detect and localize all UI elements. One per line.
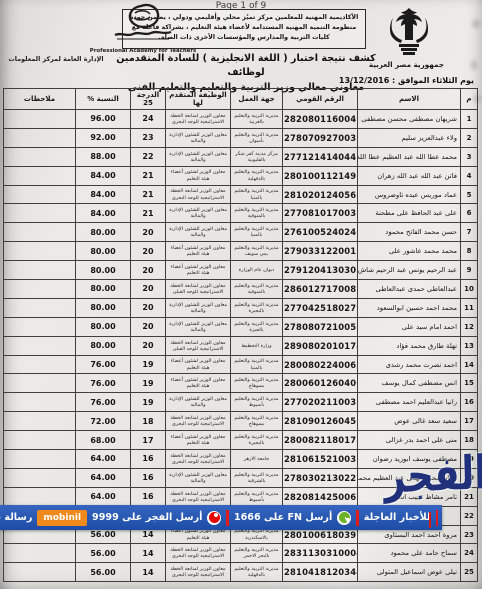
grade-cell: 14 [131,563,166,582]
col-header-notes: ملاحظات [4,89,76,110]
grade-cell: 19 [131,393,166,412]
national-id-cell: 28006012604061 [283,374,358,393]
grade-cell: 17 [131,431,166,450]
row-number-cell: 22 [461,506,478,525]
notes-cell [4,374,76,393]
row-number-cell: 2 [461,128,478,147]
national-id-cell: 28601271700872 [283,280,358,299]
percent-cell: 80.00 [76,298,131,317]
grade-cell: 20 [131,280,166,299]
applicant-name-cell: فاتن عبد الله عبد الله زهران [358,166,461,185]
notes-cell [4,544,76,563]
table-row: 5 عماد موريس عبده تاوضروس 28102012405637… [4,185,478,204]
grade-max: 25 [132,99,164,107]
position-cell: معاون الوزير لشئون أعضاء هيئة التعليم [166,242,231,261]
notes-cell [4,223,76,242]
national-id-cell: 28010011214925 [283,166,358,185]
row-number-cell: 25 [461,563,478,582]
applicant-name-cell: احمد امام سيد على [358,317,461,336]
notes-cell [4,412,76,431]
row-number-cell: 13 [461,336,478,355]
notes-cell [4,336,76,355]
row-number-cell: 14 [461,355,478,374]
row-number-cell: 1 [461,110,478,129]
grade-cell: 14 [131,544,166,563]
grade-cell: 20 [131,298,166,317]
table-row: 17 سعيد سعد غالى عوض 28109012604553 مدير… [4,412,478,431]
table-row: 21 تامر مشاط نجيب اسكندر 28208142500634 … [4,487,478,506]
percent-cell: 80.00 [76,336,131,355]
position-cell: معاون الوزير للشئون الإدارية والمالية [166,317,231,336]
workplace-cell: مديرية التربية والتعليم بسوهاج [231,374,283,393]
percent-cell: 96.00 [76,110,131,129]
applicant-name-cell: على عبد الحافظ على مطحنة [358,204,461,223]
position-cell: معاون الوزير لشئون أعضاء هيئة التعليم [166,166,231,185]
egypt-emblem: جمهورية مصر العربية [374,6,444,69]
etisalat-sms-text: أرسل FN على 1666 [234,512,332,523]
notes-cell [4,487,76,506]
row-number-cell: 4 [461,166,478,185]
national-id-cell: 28109012604553 [283,412,358,431]
percent-cell: 76.00 [76,393,131,412]
scan-smudge [472,20,480,28]
mobinil-sms-text: رسالة فاضية لـ 4529 [0,512,32,523]
grade-cell: 20 [131,261,166,280]
row-number-cell: 24 [461,544,478,563]
breaking-news-label: للأخبار العاجلة [364,512,431,523]
workplace-cell: مديرية التربية والتعليم بالدقهلية [231,166,283,185]
workplace-cell: مديرية التربية والتعليم بالمنيا [231,223,283,242]
percent-cell: 68.00 [76,431,131,450]
academy-logo: Professional Academy for Teachers [88,3,198,54]
percent-cell: 64.00 [76,468,131,487]
applicant-name-cell: منى على احمد بدر غزالى [358,431,461,450]
applicant-name-cell: احمد نصرت محمد رشدى [358,355,461,374]
percent-cell: 84.00 [76,166,131,185]
percent-cell: 64.00 [76,450,131,469]
percent-cell: 80.00 [76,317,131,336]
percent-cell: 72.00 [76,412,131,431]
workplace-cell: مديرية التربية والتعليم بأسيوط [231,487,283,506]
national-id-cell: 28106152100378 [283,450,358,469]
position-cell: معاون الوزير لمتابعة الخطة الاستراتيجية … [166,412,231,431]
scan-smudge [474,95,481,102]
row-number-cell: 8 [461,242,478,261]
notes-cell [4,280,76,299]
workplace-cell: مديرية التربية والتعليم بالشرقية [231,468,283,487]
workplace-cell: مديرية التربية والتعليم بالمنيا [231,185,283,204]
table-row: 8 محمد محمد عاشور على 27903312200157 مدي… [4,242,478,261]
percent-cell: 84.00 [76,185,131,204]
national-id-cell: 27808072100513 [283,317,358,336]
national-id-cell: 27912041303019 [283,261,358,280]
grade-cell: 19 [131,374,166,393]
applicant-name-cell: نهلة طارق محمد فؤاد [358,336,461,355]
applicant-name-cell: محمد عطا الله عبد العظيم عطا الله [358,147,461,166]
applicant-name-cell: حسن محمد الفاتح محمود [358,223,461,242]
table-row: 16 رانيا عبدالعليم احمد مصطفى 2770202110… [4,393,478,412]
grade-cell: 21 [131,204,166,223]
national-id-cell: 27610052402462 [283,223,358,242]
position-cell: معاون الوزير لمتابعة الخطة الاستراتيجية … [166,336,231,355]
workplace-cell: مديرية التربية والتعليم بأسوان [231,128,283,147]
table-row: 19 مصطفى يوسف ابوزيد رضوان 2810615210037… [4,450,478,469]
table-row: 13 نهلة طارق محمد فؤاد 28908020101749 وز… [4,336,478,355]
applicant-name-cell: ولاء عبدالعزيز سليم [358,128,461,147]
workplace-cell: جامعة الازهر [231,450,283,469]
percent-cell: 64.00 [76,487,131,506]
notes-cell [4,128,76,147]
applicant-name-cell: عبد الرحيم يونس عبد الرحيم شاش [358,261,461,280]
national-id-cell: 27708101700351 [283,204,358,223]
workplace-cell: مديرية التربية والتعليم بالبحيرة [231,298,283,317]
etisalat-icon [337,511,351,525]
percent-cell: 76.00 [76,355,131,374]
national-id-cell: 27803021302225 [283,468,358,487]
workplace-cell: مديرية التربية والتعليم ببني سويف [231,242,283,261]
row-number-cell: 15 [461,374,478,393]
row-number-cell: 16 [461,393,478,412]
table-row: 7 حسن محمد الفاتح محمود 27610052402462 م… [4,223,478,242]
mobinil-logo: mobinil [37,510,87,526]
percent-cell: 56.00 [76,544,131,563]
grade-cell: 16 [131,487,166,506]
grade-cell: 20 [131,242,166,261]
percent-cell: 76.00 [76,374,131,393]
notes-cell [4,185,76,204]
position-cell: معاون الوزير لمتابعة الخطة الاستراتيجية … [166,280,231,299]
vodafone-sms-text: أرسل الفجر على 9999 [92,512,202,523]
red-separator [436,510,439,526]
table-row: 18 منى على احمد بدر غزالى 28008211801782… [4,431,478,450]
table-row: 24 سماح حامد على محمود 28311303100041 مد… [4,544,478,563]
position-cell: معاون الوزير لمتابعة الخطة الاستراتيجية … [166,185,231,204]
notes-cell [4,261,76,280]
row-number-cell: 21 [461,487,478,506]
position-cell: معاون الوزير للشئون الإدارية والمالية [166,128,231,147]
alfajr-logo-red-mark [429,512,432,528]
applicant-name-cell: محمد احمد حسين ابوالسعود [358,298,461,317]
notes-cell [4,204,76,223]
workplace-cell: مديرية التربية والتعليم بسوهاج [231,412,283,431]
grade-cell: 21 [131,185,166,204]
percent-cell: 88.00 [76,147,131,166]
col-header-national-id: الرقم القومي [283,89,358,110]
percent-cell: 84.00 [76,204,131,223]
applicant-name-cell: عبدالعاطى حمدى عبدالعاطى [358,280,461,299]
position-cell: معاون الوزير لشئون أعضاء هيئة التعليم [166,261,231,280]
applicant-name-cell: عماد موريس عبده تاوضروس [358,185,461,204]
col-header-name: الاسم [358,89,461,110]
row-number-cell: 7 [461,223,478,242]
workplace-cell: مديرية التربية والتعليم بالدقهلية [231,563,283,582]
news-ticker-banner: للأخبار العاجلة أرسل FN على 1666 أرسل ال… [0,505,442,530]
grade-cell: 16 [131,450,166,469]
workplace-cell: مديرية التربية والتعليم بالمنوفية [231,280,283,299]
col-header-percent: النسبة % [76,89,131,110]
position-cell: معاون الوزير لمتابعة الخطة الاستراتيجية … [166,450,231,469]
row-number-cell: 5 [461,185,478,204]
grade-cell: 19 [131,355,166,374]
notes-cell [4,242,76,261]
red-separator [226,510,229,526]
row-number-cell: 12 [461,317,478,336]
workplace-cell: مديرية التربية والتعليم بالجيزة [231,317,283,336]
eagle-icon [374,6,444,58]
position-cell: معاون الوزير للشئون الإدارية والمالية [166,468,231,487]
row-number-cell: 18 [461,431,478,450]
notes-cell [4,355,76,374]
applicant-name-cell: مصطفى يوسف ابوزيد رضوان [358,450,461,469]
notes-cell [4,110,76,129]
row-number-cell: 19 [461,450,478,469]
row-number-cell: 17 [461,412,478,431]
grade-cell: 23 [131,128,166,147]
workplace-cell: مركز مدينة كفر شكر بالقليوبية [231,147,283,166]
col-header-grade: الدرجة25 [131,89,166,110]
position-cell: معاون الوزير لمتابعة الخطة الاستراتيجية … [166,110,231,129]
grade-cell: 20 [131,223,166,242]
row-number-cell: 23 [461,525,478,544]
grade-cell: 20 [131,317,166,336]
table-row: 9 عبد الرحيم يونس عبد الرحيم شاش 2791204… [4,261,478,280]
table-row: 15 انس مصطفى كمال يوسف 28006012604061 مد… [4,374,478,393]
row-number-cell: 20 [461,468,478,487]
row-number-cell: 11 [461,298,478,317]
percent-cell: 80.00 [76,280,131,299]
applicant-name-cell: سماح حامد على محمود [358,544,461,563]
grade-cell: 16 [131,468,166,487]
grade-cell: 20 [131,336,166,355]
national-id-cell: 28208142500634 [283,487,358,506]
row-number-cell: 10 [461,280,478,299]
applicant-name-cell: شريهان مصطفى محسن مصطفى [358,110,461,129]
col-header-position: الوظيفة المتقدم لها [166,89,231,110]
grade-cell: 24 [131,110,166,129]
table-row: 20 ايمان محمد فهمى عبد العظيم محمد 27803… [4,468,478,487]
national-id-cell: 27712141404411 [283,147,358,166]
national-id-cell: 28208011600463 [283,110,358,129]
percent-cell: 56.00 [76,563,131,582]
national-id-cell: 28008022400611 [283,355,358,374]
notes-cell [4,468,76,487]
table-row: 2 ولاء عبدالعزيز سليم 27807092700324 مدي… [4,128,478,147]
notes-cell [4,431,76,450]
position-cell: معاون الوزير لمتابعة الخطة الاستراتيجية … [166,544,231,563]
workplace-cell: مديرية التربية والتعليم بالبحر الاحمر [231,544,283,563]
notes-cell [4,317,76,336]
document-date: يوم الثلاثاء الموافق : 13/12/2016 [294,76,474,85]
notes-cell [4,563,76,582]
national-id-cell: 27903312200157 [283,242,358,261]
table-header-row: م الاسم الرقم القومي جهة العمل الوظيفة ا… [4,89,478,110]
national-id-cell: 27807092700324 [283,128,358,147]
workplace-cell: مديرية التربية والتعليم بالبحيرة [231,431,283,450]
workplace-cell: ديوان عام الوزارة [231,261,283,280]
notes-cell [4,450,76,469]
table-row: 6 على عبد الحافظ على مطحنة 2770810170035… [4,204,478,223]
vodafone-icon [207,511,221,525]
position-cell: معاون الوزير للشئون الإدارية والمالية [166,147,231,166]
national-id-cell: 28102012405637 [283,185,358,204]
applicant-name-cell: ايمان محمد فهمى عبد العظيم محمد [358,468,461,487]
row-number-cell: 9 [461,261,478,280]
col-header-workplace: جهة العمل [231,89,283,110]
table-row: 25 نيلى عوض اسماعيل المتولى 281041812034… [4,563,478,582]
position-cell: معاون الوزير لشئون أعضاء هيئة التعليم [166,374,231,393]
national-id-cell: 28311303100041 [283,544,358,563]
position-cell: معاون الوزير للشئون الإدارية والمالية [166,298,231,317]
national-id-cell: 27702021100389 [283,393,358,412]
table-row: 12 احمد امام سيد على 27808072100513 مدير… [4,317,478,336]
table-row: 10 عبدالعاطى حمدى عبدالعاطى 286012717008… [4,280,478,299]
table-row: 3 محمد عطا الله عبد العظيم عطا الله 2771… [4,147,478,166]
notes-cell [4,298,76,317]
applicant-name-cell: سعيد سعد غالى عوض [358,412,461,431]
percent-cell: 80.00 [76,223,131,242]
table-row: 11 محمد احمد حسين ابوالسعود 277042518027… [4,298,478,317]
national-id-cell: 28908020101749 [283,336,358,355]
applicant-name-cell: رانيا عبدالعليم احمد مصطفى [358,393,461,412]
workplace-cell: وزارة التخطيط [231,336,283,355]
red-separator [356,510,359,526]
scanned-document: Page 1 of 9 الأكاديمية المهنية للمعلمين … [0,0,482,589]
table-row: 1 شريهان مصطفى محسن مصطفى 28208011600463… [4,110,478,129]
notes-cell [4,147,76,166]
position-cell: معاون الوزير لمتابعة الخطة الاستراتيجية … [166,563,231,582]
percent-cell: 92.00 [76,128,131,147]
national-id-cell: 27704251802792 [283,298,358,317]
grade-cell: 21 [131,166,166,185]
grade-cell: 18 [131,412,166,431]
applicant-name-cell: محمد محمد عاشور على [358,242,461,261]
applicant-name-cell: نيلى عوض اسماعيل المتولى [358,563,461,582]
applicant-name-cell: تامر مشاط نجيب اسكندر [358,487,461,506]
national-id-cell: 28008211801782 [283,431,358,450]
applicant-name-cell: انس مصطفى كمال يوسف [358,374,461,393]
position-cell: معاون الوزير لشئون أعضاء هيئة التعليم [166,355,231,374]
workplace-cell: مديرية التربية والتعليم بالمنوفية [231,204,283,223]
academy-calligraphy-icon [111,28,175,47]
position-cell: معاون الوزير لمتابعة الخطة الاستراتيجية … [166,487,231,506]
notes-cell [4,393,76,412]
notes-cell [4,166,76,185]
workplace-cell: مديرية التربية والتعليم بأسيوط [231,393,283,412]
admin-department-label: الإدارة العامة لمركز المعلومات [0,55,112,63]
position-cell: معاون الوزير لشئون أعضاء هيئة التعليم [166,431,231,450]
table-row: 14 احمد نصرت محمد رشدى 28008022400611 مد… [4,355,478,374]
position-cell: معاون الوزير للشئون الإدارية والمالية [166,393,231,412]
grade-cell: 22 [131,147,166,166]
percent-cell: 80.00 [76,261,131,280]
workplace-cell: مديرية التربية والتعليم بالغربية [231,110,283,129]
national-id-cell: 28104181203442 [283,563,358,582]
row-number-cell: 3 [461,147,478,166]
scan-smudge [471,60,477,70]
row-number-cell: 6 [461,204,478,223]
position-cell: معاون الوزير للشئون الإدارية والمالية [166,204,231,223]
position-cell: معاون الوزير للشئون الإدارية والمالية [166,223,231,242]
table-row: 4 فاتن عبد الله عبد الله زهران 280100112… [4,166,478,185]
workplace-cell: مديرية التربية والتعليم بالمنيا [231,355,283,374]
percent-cell: 80.00 [76,242,131,261]
republic-label: جمهورية مصر العربية [374,60,444,69]
